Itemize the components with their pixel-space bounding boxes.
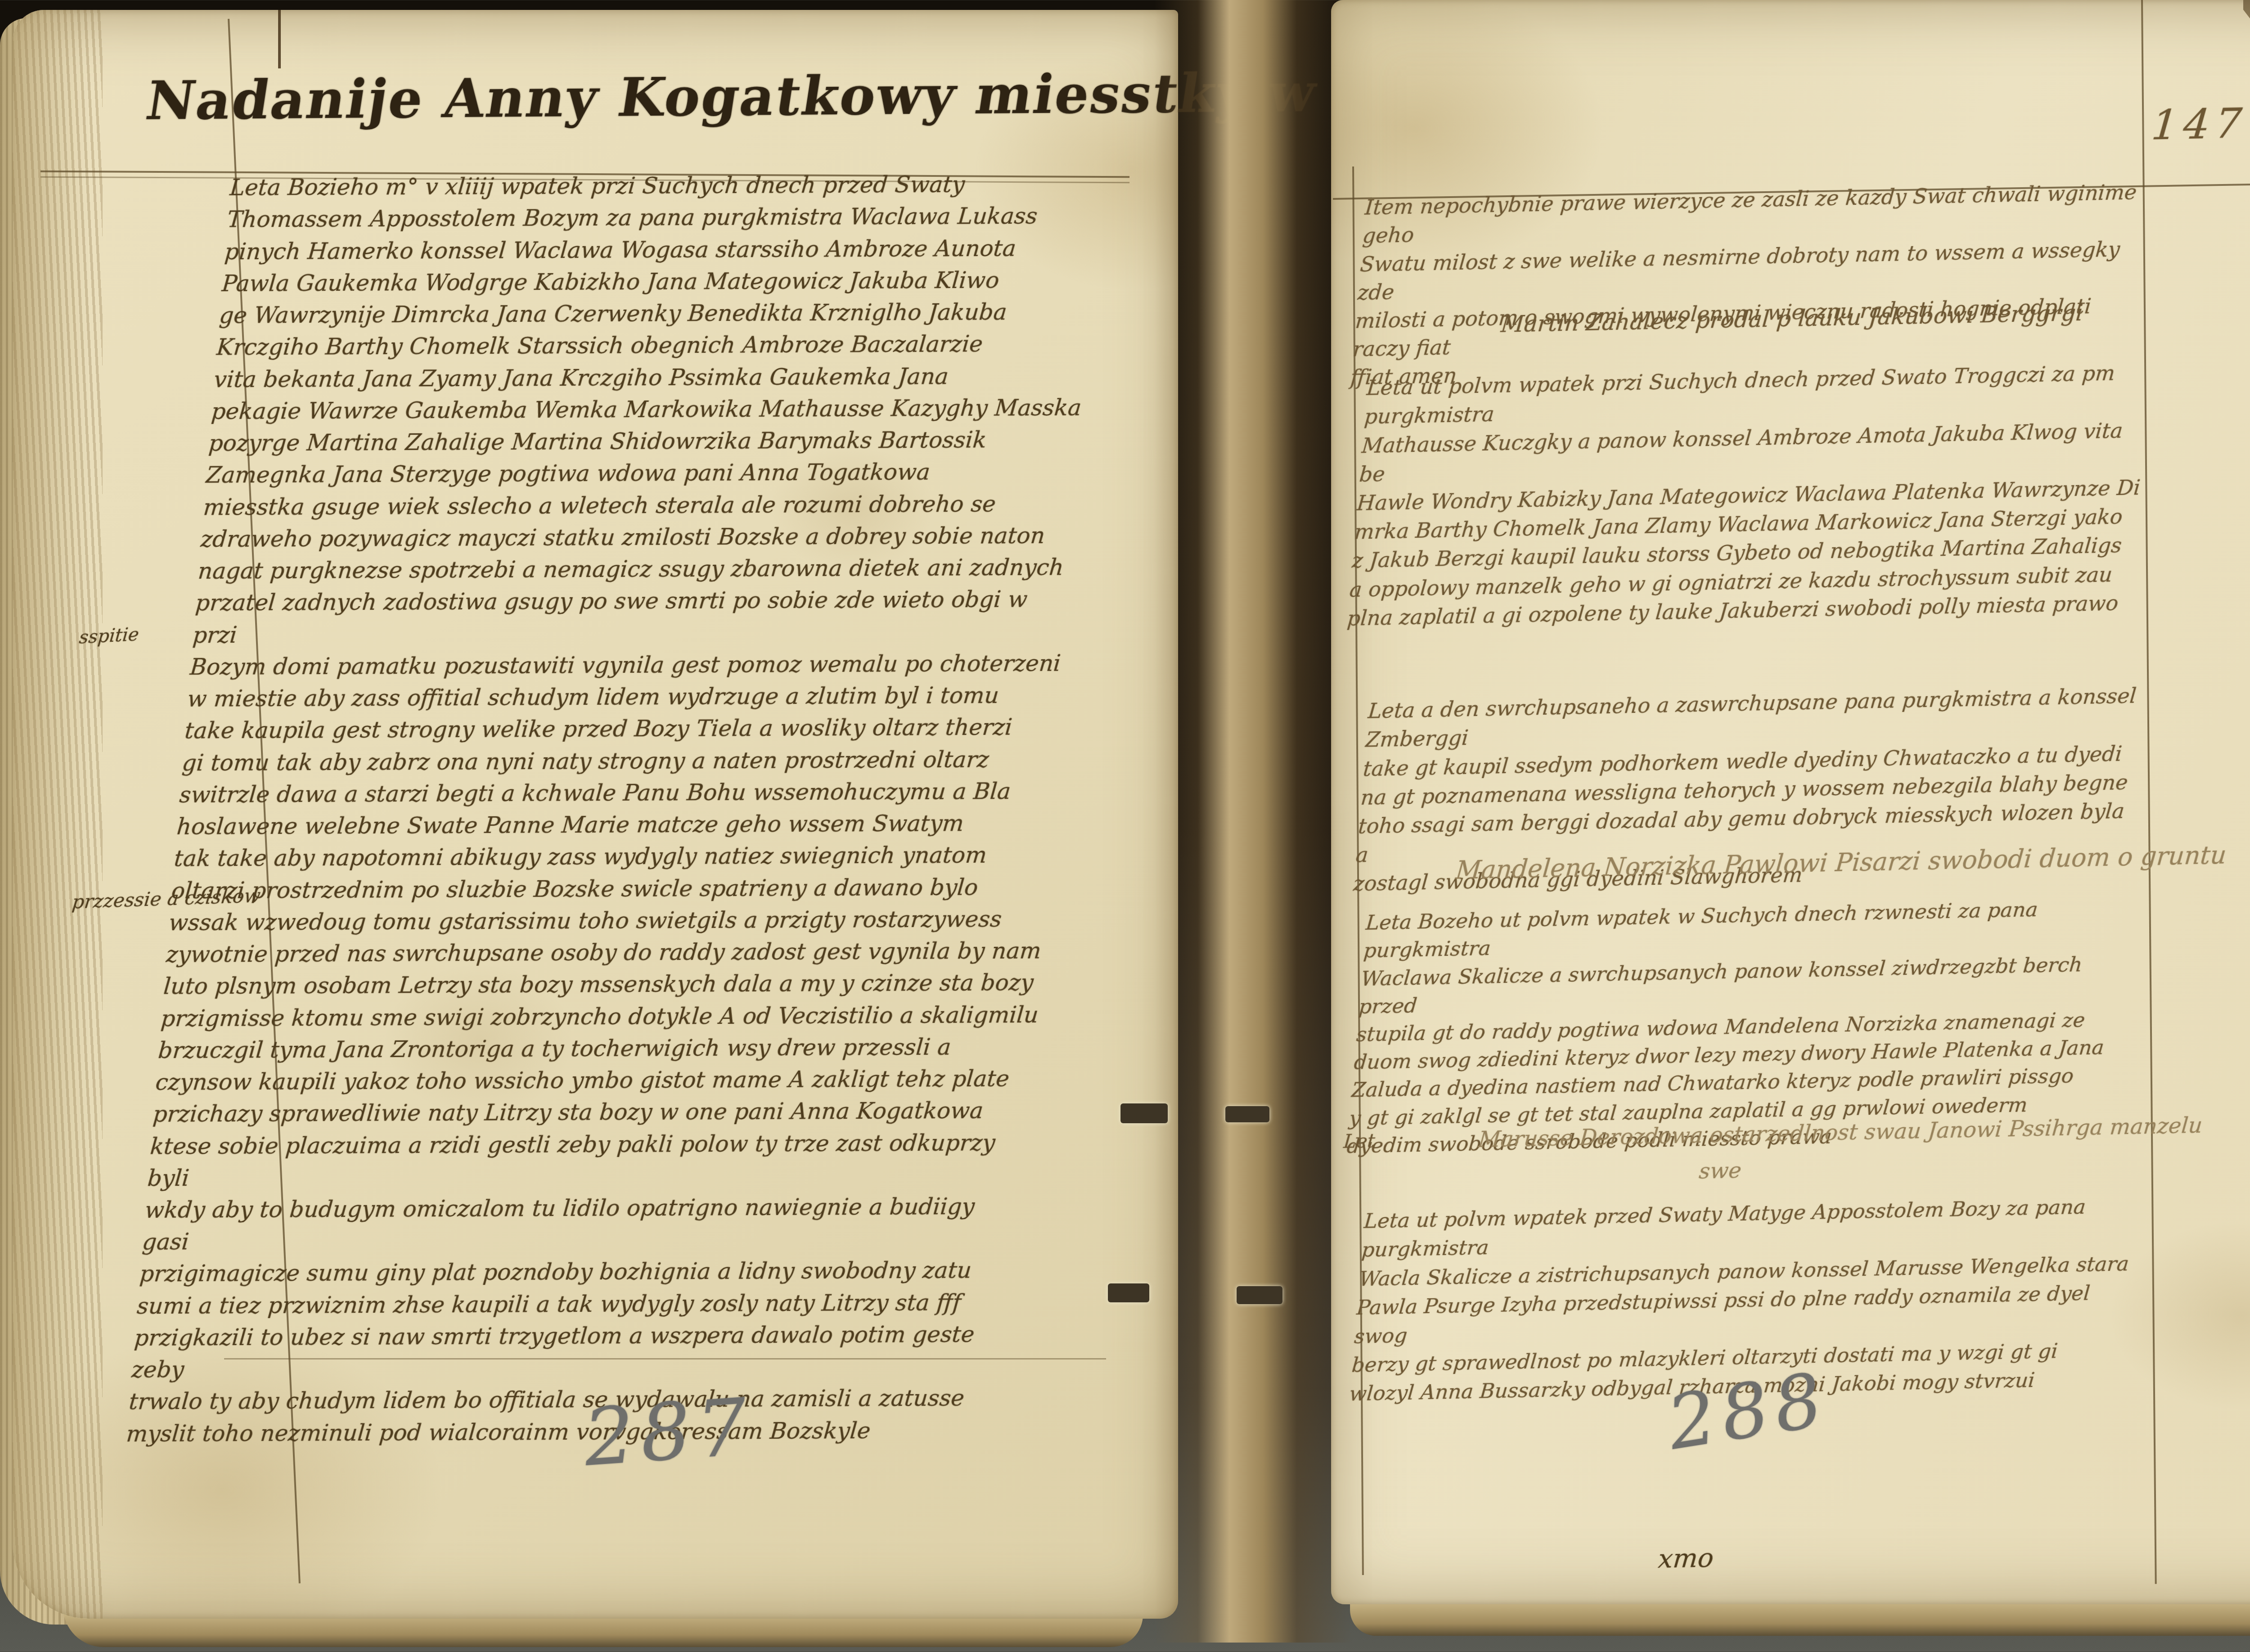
- paragraph-2: Leta ut polvm wpatek przi Suchych dnech …: [1346, 358, 2152, 633]
- entry-heading-3-subword: swe: [1698, 1158, 1742, 1184]
- binding-stitch: [1120, 1103, 1168, 1123]
- margin-note-1: sspitie: [78, 624, 140, 648]
- manuscript-left-page: Nadanije Anny Kogatkowy miesstky w Kokrg…: [13, 10, 1178, 1619]
- book-gutter: [1154, 0, 1352, 1643]
- folio-number: 147: [2150, 99, 2249, 149]
- left-page-body-text: Leta Bozieho m° v xliiij wpatek przi Suc…: [125, 168, 1114, 1450]
- quire-mark: xmo: [1657, 1543, 1715, 1574]
- binding-stitch: [1237, 1286, 1282, 1304]
- binding-stitch: [1225, 1106, 1269, 1122]
- pencil-folio-number-left: 287: [581, 1381, 756, 1484]
- manuscript-right-page: 147 Item nepochybnie prawe wierzyce ze z…: [1331, 0, 2250, 1604]
- binding-stitch: [1108, 1283, 1149, 1302]
- margin-word: Let: [1343, 1130, 1376, 1152]
- ink-crack-mark: [278, 10, 281, 68]
